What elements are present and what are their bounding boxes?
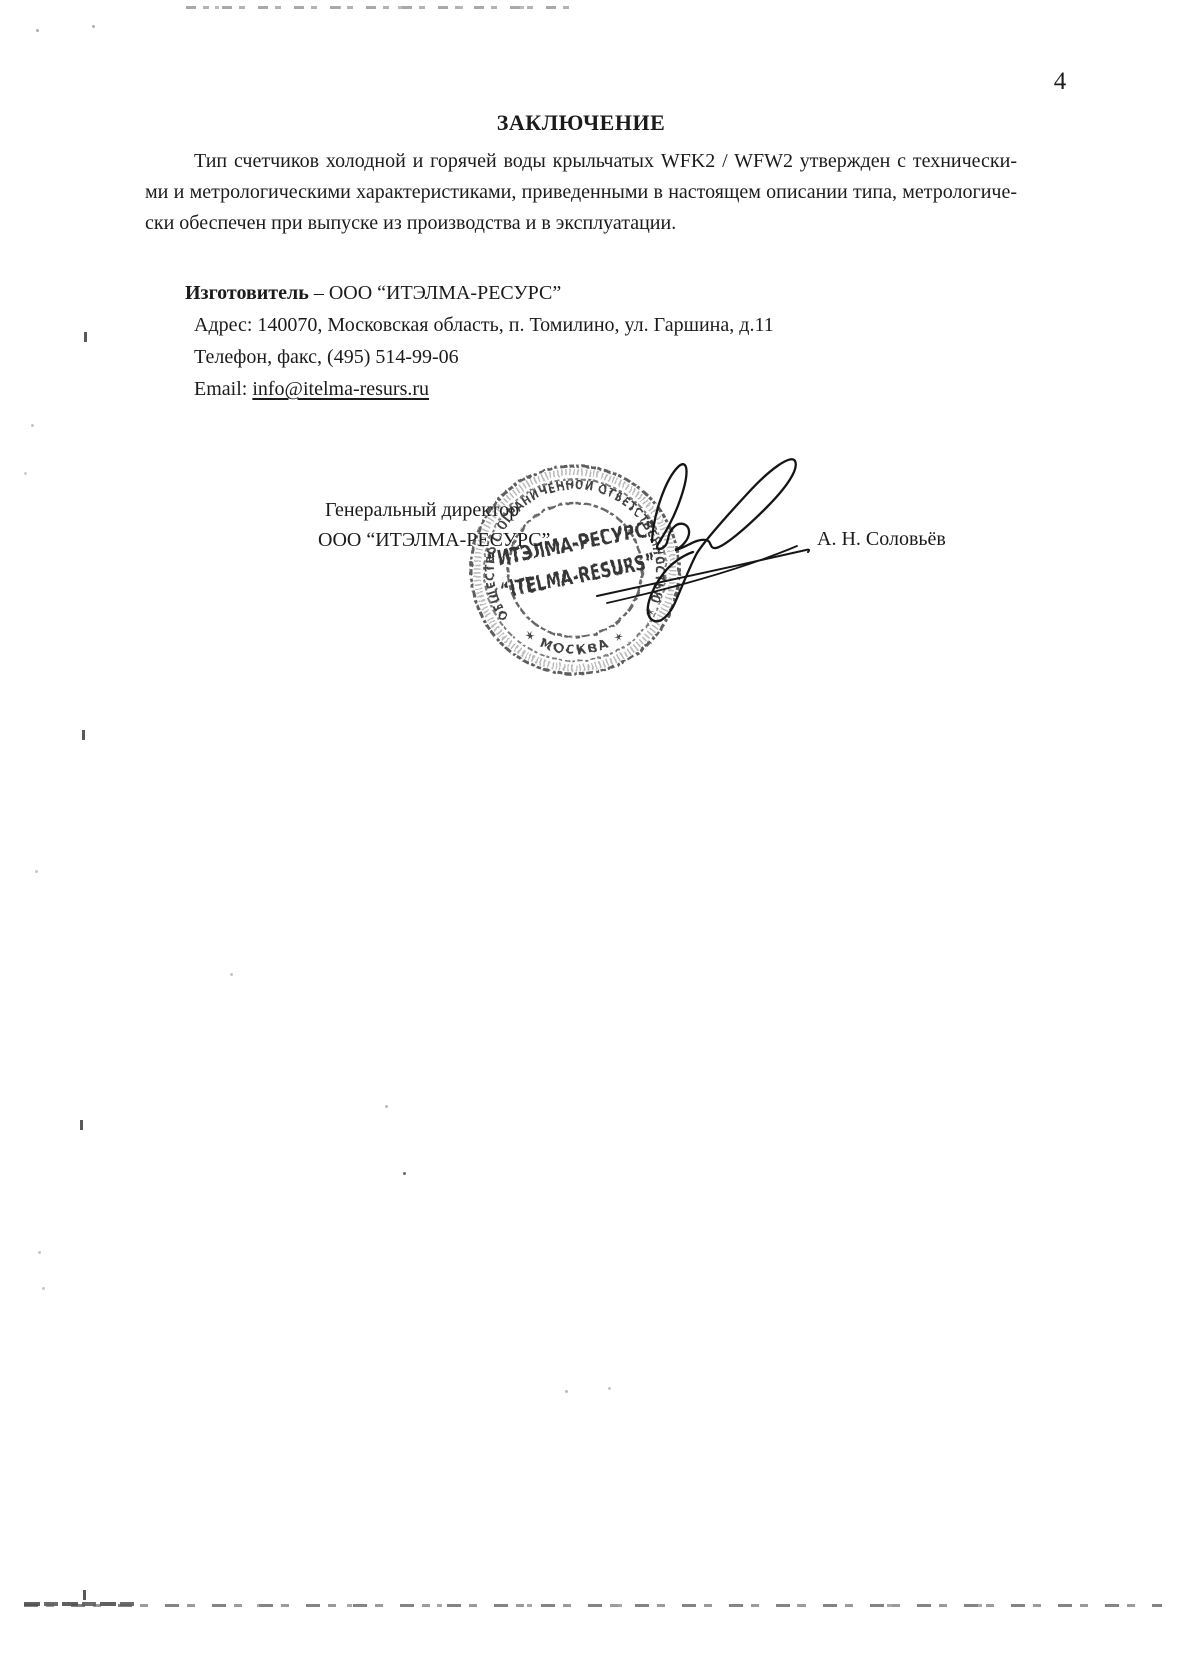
scan-artifact-tick (80, 1120, 83, 1130)
stamp-and-signature: ОБЩЕСТВО С ОГРАНИЧЕННОЙ ОТВЕТСТВЕННОСТЬЮ… (420, 395, 850, 700)
manufacturer-address: Адрес: 140070, Московская область, п. То… (185, 313, 774, 345)
document-title: ЗАКЛЮЧЕНИЕ (145, 110, 1017, 136)
paragraph-line-2: ми и метрологическими характеристиками, … (145, 177, 1017, 208)
conclusion-paragraph: Тип счетчиков холодной и горячей воды кр… (145, 146, 1017, 239)
scan-artifact-speck (608, 1387, 611, 1390)
scan-artifact-tick (84, 332, 87, 342)
email-address[interactable]: info@itelma-resurs.ru (252, 378, 429, 400)
scan-artifact-speck (35, 870, 38, 873)
scan-artifact-speck (92, 25, 95, 28)
document-page: 4 ЗАКЛЮЧЕНИЕ Тип счетчиков холодной и го… (0, 0, 1184, 1658)
paragraph-line-3: ски обеспечен при выпуске из производств… (145, 208, 1017, 239)
email-label: Email: (194, 378, 247, 400)
scan-artifact-speck (385, 1105, 388, 1108)
scan-artifact-speck (38, 1251, 41, 1254)
company-seal-stamp: ОБЩЕСТВО С ОГРАНИЧЕННОЙ ОТВЕТСТВЕННОСТЬЮ… (471, 466, 679, 674)
manufacturer-line: Изготовитель – ООО “ИТЭЛМА-РЕСУРС” (185, 281, 774, 313)
manufacturer-label: Изготовитель (185, 282, 309, 304)
scan-artifact-bottom-left-dashes (24, 1602, 136, 1606)
scan-artifact-speck (403, 1172, 406, 1175)
scan-artifact-speck (36, 29, 39, 32)
scan-artifact-speck (565, 1390, 568, 1393)
scan-artifact-top-dashed-line (186, 6, 572, 9)
scan-artifact-speck (42, 1287, 45, 1290)
scan-artifact-speck (24, 472, 27, 475)
manufacturer-block: Изготовитель – ООО “ИТЭЛМА-РЕСУРС” Адрес… (185, 281, 774, 409)
manufacturer-phone: Телефон, факс, (495) 514-99-06 (185, 345, 774, 377)
scan-artifact-speck (230, 973, 233, 976)
scan-artifact-bottom-dashed-line (24, 1604, 1162, 1607)
seal-bottom-text: ✶ МОСКВА ✶ (521, 626, 628, 657)
page-number: 4 (1040, 68, 1080, 96)
scan-artifact-tick (82, 730, 85, 740)
paragraph-line-1: Тип счетчиков холодной и горячей воды кр… (145, 146, 1017, 177)
scan-artifact-speck (31, 424, 34, 427)
manufacturer-name: – ООО “ИТЭЛМА-РЕСУРС” (314, 282, 561, 304)
scan-artifact-tick (83, 1590, 86, 1600)
